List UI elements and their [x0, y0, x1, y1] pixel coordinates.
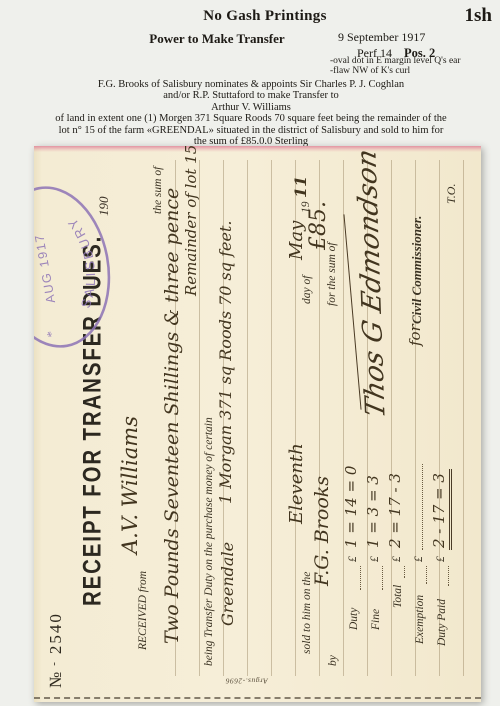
leader-dots [350, 566, 361, 590]
leader-dots [372, 566, 383, 590]
pound-sign: £ [413, 556, 425, 562]
pound-sign: £ [435, 556, 447, 562]
received-from-label: RECEIVED from [137, 571, 149, 650]
purchaser-name: F.G. Brooks [311, 476, 333, 586]
exhibit-description: F.G. Brooks of Salisbury nominates & app… [20, 79, 482, 147]
pink-edge-tint [34, 146, 481, 152]
stamp-date-text: AUG 1917 [34, 233, 58, 305]
fine-amount: 1 = 3 = 3 [364, 475, 382, 548]
pound-sign: £ [391, 556, 403, 562]
exhibit-page: { "header": { "title": "No Gash Printing… [0, 0, 500, 706]
datestamp-graphic: SALISBURY AUG 1917 * * [34, 173, 128, 362]
pound-sign: £ [347, 556, 359, 562]
description-line: of land in extent one (1) Morgen 371 Squ… [20, 113, 482, 124]
exemption-label: Exemption [414, 595, 426, 644]
page-title: No Gash Printings [30, 8, 500, 25]
year-written: 11 [291, 176, 310, 198]
perforated-edge [34, 697, 481, 699]
receipt-document: №-2540 190 RECEIPT FOR TRANSFER DUES. RE… [34, 146, 481, 702]
description-line: lot n° 15 of the farm «GREENDAL» situate… [20, 125, 482, 136]
duty-paid-amount: 2 - 17 = 3 [430, 469, 452, 550]
sold-day-value: Eleventh [286, 443, 307, 524]
number-dash: - [48, 662, 60, 666]
transfer-duty-clause: being Transfer Duty on the purchase mone… [203, 417, 215, 666]
month-value: May [286, 221, 307, 260]
receipt-number-value: 2540 [46, 612, 65, 654]
denomination-label: 1sh [465, 5, 492, 27]
pound-sign: £ [369, 556, 381, 562]
header-date: 9 September 1917 [338, 30, 425, 45]
received-from-value: A.V. Williams [118, 416, 142, 554]
svg-text:SALISBURY: SALISBURY [62, 211, 105, 312]
total-amount: 2 = 17 - 3 [386, 473, 404, 548]
leader-dots [416, 566, 427, 584]
fine-label: Fine [370, 609, 382, 630]
flaw-note-2: -flaw NW of K's curl [330, 67, 461, 77]
duty-amount: 1 = 14 = 0 [342, 466, 360, 548]
duty-paid-label: Duty Paid [436, 599, 448, 646]
printer-imprint: Argus.-2696 [212, 677, 282, 686]
stamp-star-right: * [34, 200, 36, 209]
flaw-notes: -oval dot in E margin level Q's ear -fla… [330, 57, 461, 76]
property-name: Greendale [218, 542, 237, 626]
numero-sign: № [46, 672, 65, 688]
day-of-label: day of [301, 276, 313, 304]
exemption-blank [410, 464, 423, 550]
leader-dots [438, 566, 449, 586]
receipt-number: №-2540 [46, 612, 66, 688]
for-the-sum-of-label: for the sum of [326, 242, 338, 306]
total-label: Total [392, 585, 404, 608]
description-line: Arthur V. Williams [20, 102, 482, 113]
leader-dots [394, 566, 405, 578]
remainder-note: Remainder of lot 15 [182, 146, 200, 296]
by-label: by [327, 655, 339, 666]
receipt-paper: №-2540 190 RECEIPT FOR TRANSFER DUES. RE… [34, 146, 481, 702]
amount-in-words: Two Pounds Seventeen Shillings & three p… [161, 188, 183, 644]
salisbury-oval-datestamp: SALISBURY AUG 1917 * * [34, 173, 128, 362]
duty-label: Duty [348, 608, 360, 630]
civil-commissioner-title: Civil Commissioner. [409, 216, 425, 324]
signature-for: for [406, 324, 424, 346]
turn-over-label: T.O. [444, 184, 459, 204]
stamp-place-text: SALISBURY [62, 211, 105, 312]
description-line: F.G. Brooks of Salisbury nominates & app… [20, 79, 482, 90]
for-the-sum-value: £85. [306, 201, 331, 250]
description-line: and/or R.P. Stuttaford to make Transfer … [20, 90, 482, 101]
property-extent: 1 Morgan 371 sq Roods 70 sq feet. [216, 221, 235, 504]
stamp-star-left: * [43, 330, 59, 339]
